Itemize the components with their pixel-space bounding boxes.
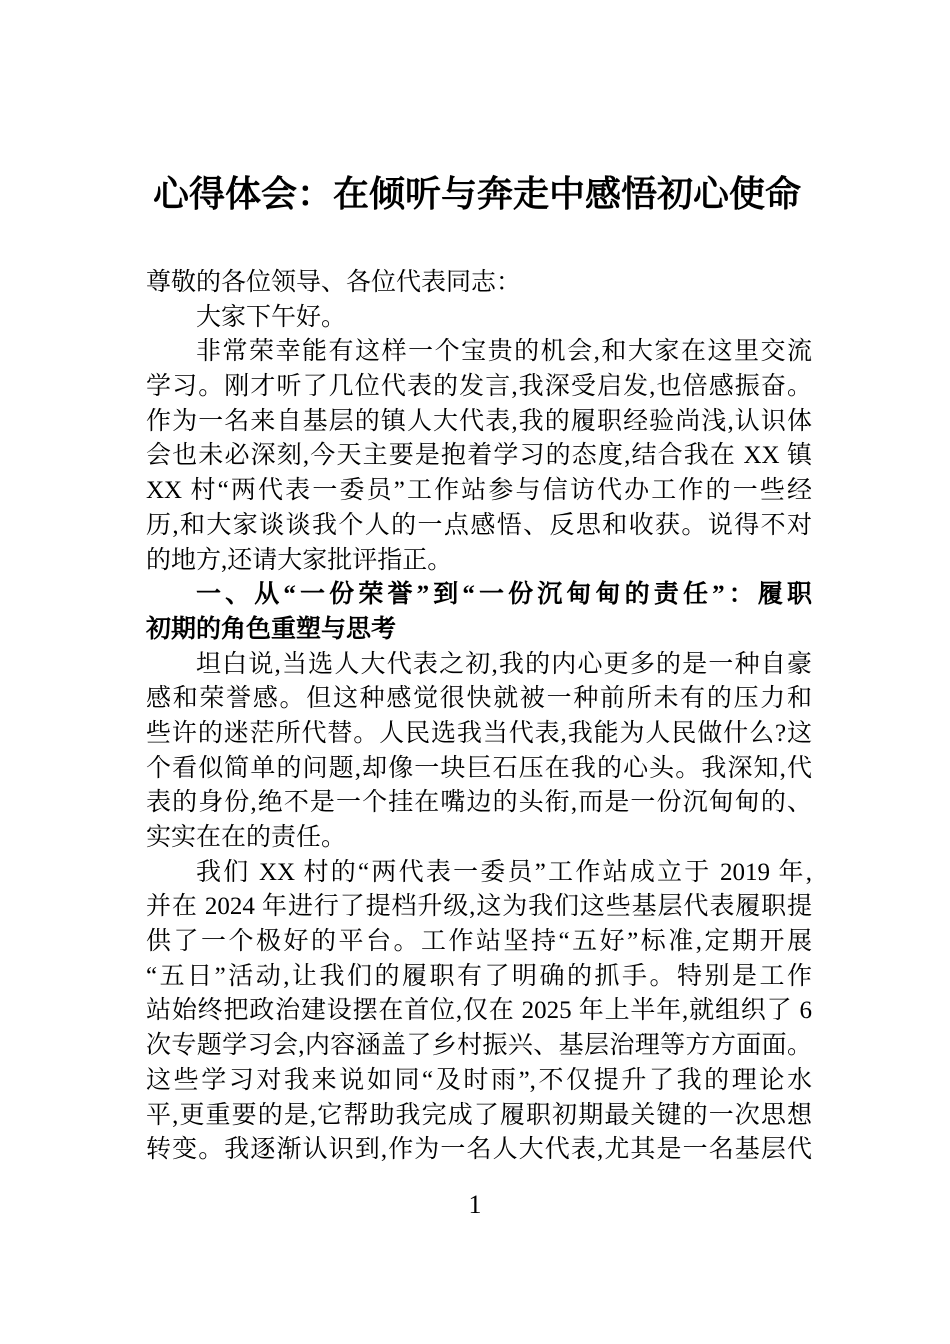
text-line: 转变。我逐渐认识到,作为一名人大代表,尤其是一名基层代 — [146, 1133, 812, 1168]
text-line: XX 村“两代表一委员”工作站参与信访代办工作的一些经 — [146, 474, 812, 509]
text-line: 历,和大家谈谈我个人的一点感悟、反思和收获。说得不对 — [146, 509, 812, 544]
page-number: 1 — [0, 1188, 950, 1222]
text-line: 我们 XX 村的“两代表一委员”工作站成立于 2019 年, — [146, 856, 812, 891]
text-line: 实实在在的责任。 — [146, 821, 812, 856]
document-page: 心得体会：在倾听与奔走中感悟初心使命 尊敬的各位领导、各位代表同志： 大家下午好… — [0, 0, 950, 1344]
section-heading-line: 一、从“一份荣誉”到“一份沉甸甸的责任”：履职 — [146, 578, 812, 613]
text-line: 并在 2024 年进行了提档升级,这为我们这些基层代表履职提 — [146, 890, 812, 925]
text-line: “五日”活动,让我们的履职有了明确的抓手。特别是工作 — [146, 960, 812, 995]
text-line: 个看似简单的问题,却像一块巨石压在我的心头。我深知,代 — [146, 752, 812, 787]
text-line: 次专题学习会,内容涵盖了乡村振兴、基层治理等方方面面。 — [146, 1029, 812, 1064]
document-body: 尊敬的各位领导、各位代表同志： 大家下午好。 非常荣幸能有这样一个宝贵的机会,和… — [146, 266, 812, 1168]
text-line: 些许的迷茫所代替。人民选我当代表,我能为人民做什么?这 — [146, 717, 812, 752]
text-line: 感和荣誉感。但这种感觉很快就被一种前所未有的压力和 — [146, 682, 812, 717]
salutation-line: 尊敬的各位领导、各位代表同志： — [146, 266, 812, 301]
text-line: 会也未必深刻,今天主要是抱着学习的态度,结合我在 XX 镇 — [146, 439, 812, 474]
document-title: 心得体会：在倾听与奔走中感悟初心使命 — [142, 168, 812, 220]
text-line: 平,更重要的是,它帮助我完成了履职初期最关键的一次思想 — [146, 1099, 812, 1134]
text-line: 作为一名来自基层的镇人大代表,我的履职经验尚浅,认识体 — [146, 405, 812, 440]
text-line: 这些学习对我来说如同“及时雨”,不仅提升了我的理论水 — [146, 1064, 812, 1099]
text-line: 供了一个极好的平台。工作站坚持“五好”标准,定期开展 — [146, 925, 812, 960]
text-line: 大家下午好。 — [146, 301, 812, 336]
text-line: 的地方,还请大家批评指正。 — [146, 544, 812, 579]
text-line: 表的身份,绝不是一个挂在嘴边的头衔,而是一份沉甸甸的、 — [146, 786, 812, 821]
text-line: 坦白说,当选人大代表之初,我的内心更多的是一种自豪 — [146, 648, 812, 683]
text-line: 非常荣幸能有这样一个宝贵的机会,和大家在这里交流 — [146, 335, 812, 370]
text-line: 站始终把政治建设摆在首位,仅在 2025 年上半年,就组织了 6 — [146, 994, 812, 1029]
section-heading-line: 初期的角色重塑与思考 — [146, 613, 812, 648]
text-line: 学习。刚才听了几位代表的发言,我深受启发,也倍感振奋。 — [146, 370, 812, 405]
